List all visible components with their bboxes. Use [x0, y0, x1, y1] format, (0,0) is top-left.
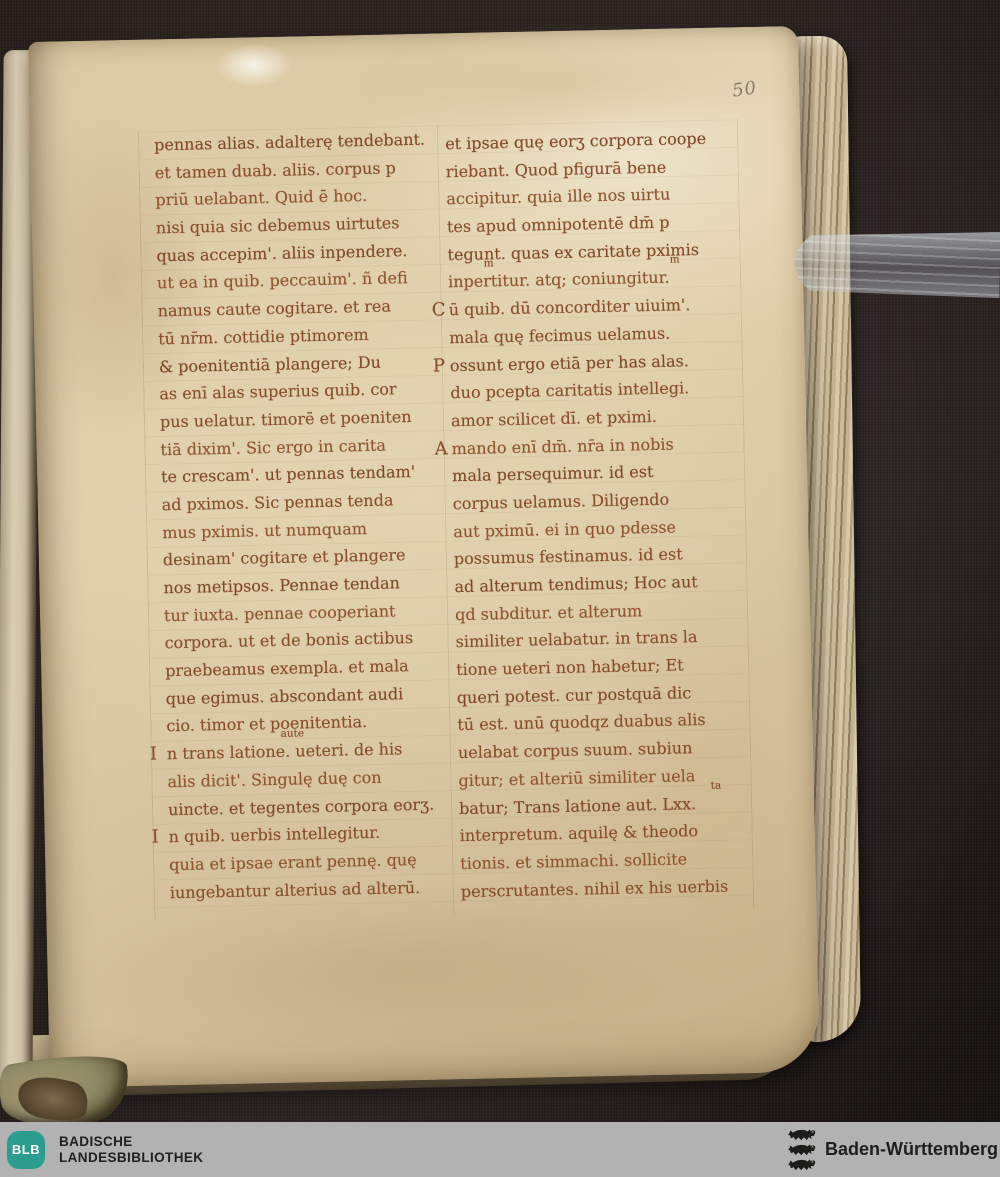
manuscript-line-text: tiā dixim'. Sic ergo in carita [160, 435, 386, 459]
manuscript-line-text: riebant. Quod pfigurā bene [446, 157, 667, 181]
folio-number: 50 [731, 77, 759, 101]
blb-logo-icon: BLB [7, 1131, 45, 1169]
marginal-initial: A [434, 435, 448, 463]
manuscript-line-text: uelabat corpus suum. subiun [458, 738, 693, 762]
manuscript-line-text: ut ea in quib. peccauim'. ñ defi [157, 269, 408, 293]
library-name-line1: BADISCHE [59, 1134, 203, 1150]
manuscript-line-text: & poenitentiā plangere; Du [159, 352, 381, 376]
interlinear-gloss: ta [711, 780, 722, 790]
manuscript-line-text: priū uelabant. Quid ē hoc. [155, 186, 367, 209]
manuscript-line-text: pennas alias. adalterę tendebant. [154, 130, 425, 155]
manuscript-line-text: mando enī dm̄. nr̄a in nobis [451, 434, 673, 458]
marginal-initial: I [151, 824, 159, 852]
manuscript-line-text: tū est. unū quodqz duabus alis [457, 710, 706, 734]
manuscript-line-text: corpora. ut et de bonis actibus [164, 628, 413, 652]
state-name-label: Baden-Württemberg [825, 1139, 998, 1160]
manuscript-line-text: praebeamus exempla. et mala [165, 656, 409, 680]
parchment-bright-spot [214, 42, 293, 88]
manuscript-line-text: quia et ipsae erant pennę. quę [169, 850, 417, 874]
library-name: BADISCHE LANDESBIBLIOTHEK [59, 1134, 203, 1166]
manuscript-column-left: pennas alias. adalterę tendebant.et tame… [154, 125, 470, 906]
transparent-page-holder-strip [794, 230, 1000, 298]
manuscript-line-text: tur iuxta. pennae cooperiant [164, 601, 396, 625]
manuscript-line-text: mala persequimur. id est [452, 462, 654, 485]
manuscript-line-text: gitur; et alteriū similiter uela [458, 766, 695, 790]
manuscript-page: 50 pennas alias. adalterę tendebant.et t… [28, 26, 820, 1088]
manuscript-line-text: amor scilicet dī. et pximi. [451, 407, 657, 430]
manuscript-line-text: pus uelatur. timorē et poeniten [160, 407, 412, 431]
manuscript-line-text: uincte. et tegentes corpora eorʒ. [168, 794, 434, 819]
manuscript-line-text: mus pximis. ut numquam [162, 519, 367, 542]
manuscript-line-text: qd subditur. et alterum [455, 601, 643, 624]
manuscript-line-text: cio. timor et poenitentia. [166, 712, 367, 735]
manuscript-line-text: nos metipsos. Pennae tendan [163, 573, 400, 597]
manuscript-line-text: tionis. et simmachi. sollicite [460, 849, 687, 873]
baden-wuerttemberg-lions-icon [786, 1128, 816, 1172]
manuscript-line-text: iungebantur alterius ad alterū. [170, 878, 421, 902]
manuscript-line-text: ad alterum tendimus; Hoc aut [454, 572, 698, 596]
manuscript-line-text: namus caute cogitare. et rea [157, 297, 391, 321]
manuscript-line-text: interpretum. aquilę & theodo [460, 821, 699, 845]
manuscript-line-text: tū nr̄m. cottidie ptimorem [158, 325, 369, 348]
manuscript-line-text: que egimus. abscondant audi [166, 684, 404, 708]
manuscript-line-text: queri potest. cur postquā dic [457, 683, 692, 707]
manuscript-line-text: perscrutantes. nihil ex his uerbis [461, 876, 729, 901]
manuscript-line-text: tes apud omnipotentē dm̄ p [447, 213, 670, 237]
manuscript-line-text: tione ueteri non habetur; Et [456, 655, 684, 679]
manuscript-line-text: mala quę fecimus uelamus. [449, 323, 670, 347]
marginal-initial: C [431, 296, 445, 324]
manuscript-line-text: batur; Trans latione aut. Lxx. [459, 794, 696, 818]
branding-footer-bar: BLB BADISCHE LANDESBIBLIOTHEK Baden-Würt… [0, 1122, 1000, 1177]
manuscript-line-text: et ipsae quę eorʒ corpora coope [445, 129, 706, 153]
manuscript-line-text: ad pximos. Sic pennas tenda [162, 490, 394, 514]
manuscript-line-text: as enī alas superius quib. cor [159, 380, 397, 404]
manuscript-line-text: quas accepim'. aliis inpendere. [156, 241, 407, 265]
manuscript-column-right: et ipsae quę eorʒ corpora cooperiebant. … [445, 124, 761, 905]
blb-logo-text: BLB [12, 1142, 40, 1157]
manuscript-line-text: similiter uelabatur. in trans la [455, 627, 697, 651]
marginal-initial: P [433, 352, 446, 380]
interlinear-gloss: m [484, 259, 494, 269]
manuscript-line-text: nisi quia sic debemus uirtutes [156, 213, 400, 237]
marginal-initial: I [150, 741, 158, 769]
digitized-manuscript-photo: 50 pennas alias. adalterę tendebant.et t… [0, 0, 1000, 1177]
manuscript-line-text: et tamen duab. aliis. corpus p [155, 158, 396, 182]
manuscript-line-text: corpus uelamus. Diligendo [453, 490, 670, 514]
manuscript-line-text: aut pximū. ei in quo pdesse [453, 517, 676, 541]
manuscript-line-text: duo pcepta caritatis intellegi. [450, 378, 689, 402]
manuscript-line-text: n quib. uerbis intellegitur. [168, 823, 380, 846]
manuscript-line-text: possumus festinamus. id est [454, 545, 683, 569]
manuscript-line-text: desinam' cogitare et plangere [163, 546, 406, 570]
manuscript-line-text: te crescam'. ut pennas tendam' [161, 462, 415, 486]
interlinear-gloss: aute [280, 728, 304, 738]
library-name-line2: LANDESBIBLIOTHEK [59, 1150, 203, 1166]
manuscript-line-text: inpertitur. atq; coniungitur. [448, 268, 670, 292]
interlinear-gloss: m [670, 255, 680, 265]
manuscript-line-text: ū quib. dū concorditer uiuim'. [449, 295, 691, 319]
manuscript-line-text: ossunt ergo etiā per has alas. [450, 351, 689, 375]
manuscript-line-text: alis dicit'. Singulę duę con [167, 768, 381, 791]
manuscript-line-text: n trans latione. ueteri. de his [167, 739, 403, 763]
manuscript-line-text: accipitur. quia ille nos uirtu [446, 185, 670, 209]
